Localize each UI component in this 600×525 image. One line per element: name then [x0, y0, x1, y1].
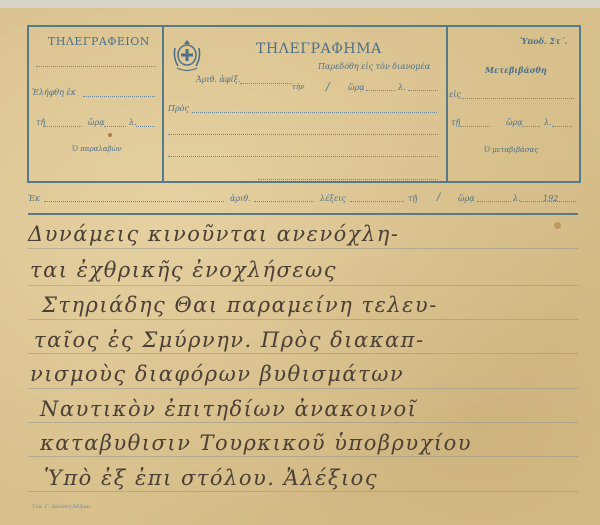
ruled-line — [28, 456, 578, 457]
hour-label: ὥρᾳ — [88, 118, 105, 127]
ruled-line — [28, 353, 578, 354]
recipient-line-3 — [168, 156, 438, 157]
transmitter-label: Ὁ μεταβιβάσας — [484, 146, 538, 154]
received-from-line — [83, 96, 155, 97]
hour-line — [477, 201, 511, 202]
recipient-line-4 — [258, 179, 438, 180]
office-line — [36, 66, 156, 67]
number-label: ἀριθ. — [230, 194, 251, 203]
minute-label: λ. — [544, 118, 552, 127]
form-code: Ὑποδ. Στ΄. — [520, 36, 567, 46]
transmission-box — [446, 25, 581, 183]
to-label: Πρὸς — [168, 104, 189, 113]
message-line: ταῖος ἐς Σμύρνην. Πρὸς διακαπ- — [34, 328, 594, 352]
transmitted-label: Μετεβιβάσθη — [485, 65, 547, 75]
header-separator — [28, 213, 578, 215]
hour-label: ὥρᾳ — [506, 118, 523, 127]
received-from-label: Ἐλήφθη ἐκ — [32, 88, 76, 97]
message-line: καταβυθισιν Τουρκικοῦ ὑποβρυχίου — [40, 431, 600, 455]
minute-line — [136, 126, 155, 127]
to-label: εἰς — [449, 90, 461, 99]
date-slash: / — [437, 192, 440, 203]
words-label: λέξεις — [320, 194, 346, 203]
hour-line — [366, 90, 396, 91]
year-line — [520, 201, 576, 202]
message-line: Ναυτικὸν ἐπιτηδίων ἀνακοινοῖ — [40, 397, 600, 421]
ruled-line — [28, 319, 578, 320]
number-line — [254, 201, 314, 202]
date-slash: / — [326, 80, 330, 93]
day-label: τὴν — [292, 83, 304, 91]
arrival-number-line — [240, 83, 292, 84]
ruled-line — [28, 491, 578, 492]
message-line: Ὑπὸ ἐξ ἐπι στόλου. Ἀλέξιος — [44, 466, 600, 490]
ruled-line — [28, 422, 578, 423]
minute-label: λ. — [398, 83, 406, 92]
receiving-office-box — [27, 25, 164, 183]
hour-line — [522, 126, 540, 127]
telegraph-office-title: ΤΗΛΕΓΡΑΦΕΙΟΝ — [48, 35, 150, 48]
telegram-title: ΤΗΛΕΓΡΑΦΗΜΑ — [256, 41, 382, 57]
stain — [108, 133, 112, 137]
printer-note: Τυπ. Γ. Δαούση Ἀθῆναι — [32, 504, 91, 510]
day-label: τῇ — [451, 118, 460, 127]
message-line: νισμοὺς διαφόρων βυθισμάτων — [30, 362, 590, 386]
hour-label: ὥρᾳ — [458, 194, 475, 203]
day-line — [44, 126, 82, 127]
delivered-label: Παρεδόθη εἰς τὸν διανομέα — [318, 62, 430, 71]
message-line: ται ἐχθρικῆς ἐνοχλήσεως — [30, 258, 590, 282]
destination-line — [462, 98, 574, 99]
recipient-line-1 — [192, 112, 437, 113]
recipient-line-2 — [168, 134, 438, 135]
stain — [554, 222, 561, 229]
greek-coat-of-arms-icon — [172, 38, 202, 72]
from-label: Ἐκ — [28, 194, 40, 203]
hour-label: ὥρᾳ — [348, 83, 365, 92]
receiver-label: Ὁ παραλαβὼν — [72, 145, 122, 153]
message-line: Στηριάδης Θαι παραμείνη τελευ- — [42, 293, 600, 317]
day-line — [460, 126, 490, 127]
minute-line — [408, 90, 438, 91]
hour-line — [104, 126, 126, 127]
ruled-line — [28, 388, 578, 389]
arrival-number-label: Ἀριθ. ἀφίξ. — [196, 75, 241, 84]
day-label: τῇ — [408, 194, 417, 203]
message-line: Δυνάμεις κινοῦνται ανενόχλη- — [28, 222, 588, 246]
from-line — [44, 201, 224, 202]
telegram-form: ΤΗΛΕΓΡΑΦΕΙΟΝ Ἐλήφθη ἐκ τῆ ὥρᾳ λ. Ὁ παραλ… — [0, 8, 600, 525]
minute-line — [552, 126, 572, 127]
ruled-line — [28, 248, 578, 249]
ruled-line — [28, 285, 578, 286]
words-line — [350, 201, 404, 202]
